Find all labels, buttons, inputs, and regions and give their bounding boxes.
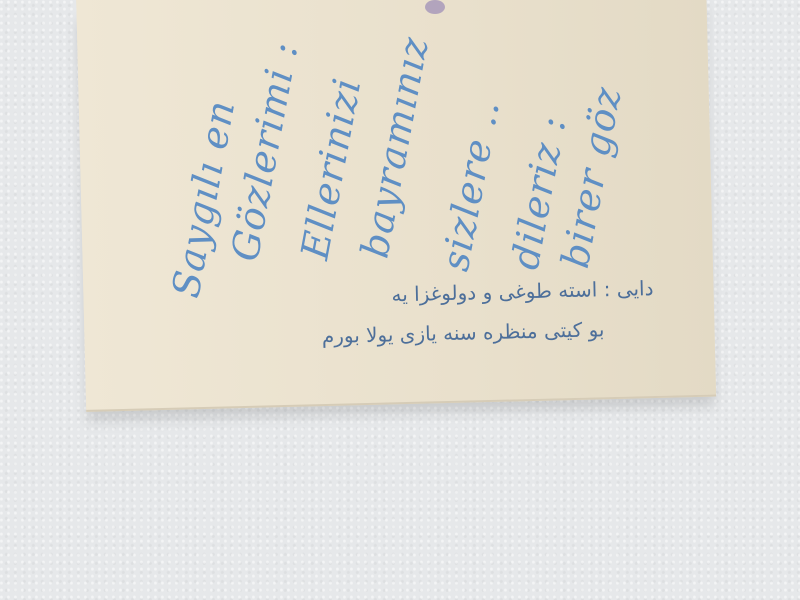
ottoman-script-line-1: دایی : استه طوغی و دولوغزا یه — [391, 276, 654, 306]
handwritten-line-5: sizlere .. — [433, 96, 508, 274]
ottoman-script-line-2: بو کیتی منظره سنه یازی یولا بورم — [322, 317, 605, 348]
postcard: Saygılı en Gözlerimi : Ellerinizi bayram… — [76, 0, 716, 412]
purple-ink-mark — [425, 0, 445, 14]
handwritten-line-4: bayramınız — [353, 33, 437, 261]
handwritten-line-1: Saygılı en — [163, 96, 243, 301]
handwritten-line-7: birer göz — [553, 83, 630, 272]
handwritten-line-2: Gözlerimi : — [223, 38, 307, 265]
